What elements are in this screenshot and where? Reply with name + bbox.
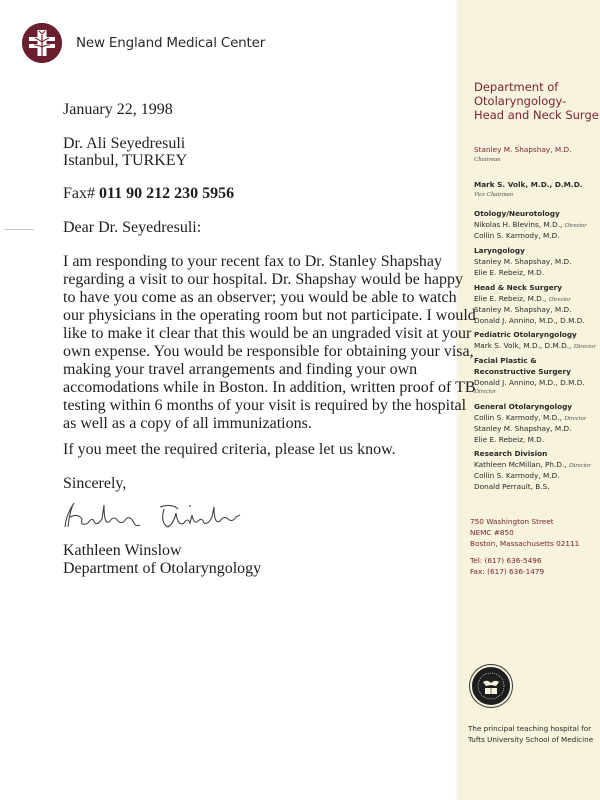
body-line: testing within 6 months of your visit is… [63,396,466,415]
section-research: Research Division [474,448,547,459]
vice-chairman-name: Mark S. Volk, M.D., D.M.D. [474,179,583,190]
margin-mark [4,229,34,230]
body-line: I am responding to your recent fax to Dr… [63,252,442,271]
organization-name: New England Medical Center [76,35,265,51]
fax-line: Fax# 011 90 212 230 5956 [63,184,234,203]
tufts-seal-icon [470,665,512,707]
section-facial-plastic-line2: Reconstructive Surgery [474,366,571,377]
section-pediatric: Pediatric Otolaryngology [474,329,577,340]
nemc-logo-icon [22,23,62,63]
fax-value: 011 90 212 230 5956 [99,185,234,202]
closing-paragraph: If you meet the required criteria, pleas… [63,440,396,459]
tagline: The principal teaching hospital for Tuft… [468,723,593,745]
body-line: our physicians in the operating room but… [63,306,476,325]
signer-name: Kathleen Winslow [63,541,182,560]
section-facial-plastic: Facial Plastic & [474,355,537,366]
body-line: making your travel arrangements and find… [63,360,417,379]
tagline-line: Tufts University School of Medicine [468,734,593,745]
section-head-neck: Head & Neck Surgery [474,282,562,293]
member: Stanley M. Shapshay, M.D. [474,304,571,315]
member: Mark S. Volk, M.D., D.M.D., Director [474,340,596,352]
section-laryngology: Laryngology [474,245,525,256]
body-line: to have you come as an observer; you wou… [63,288,457,307]
address-city: Boston, Massachusetts 02111 [470,538,579,549]
section-general: General Otolaryngology [474,401,572,412]
fax-number: Fax: (617) 636-1479 [470,566,544,577]
member: Donald J. Annino, M.D., D.M.D. [474,315,585,326]
member: Elie E. Rebeiz, M.D. [474,267,544,278]
member-role: Director [474,388,496,395]
body-line: accomodations while in Boston. In additi… [63,378,476,397]
body-line: regarding a visit to our hospital. Dr. S… [63,270,463,289]
vice-chairman-role: Vice Chairman [474,191,513,198]
letter-page: New England Medical Center Department of… [0,0,600,800]
recipient-location: Istanbul, TURKEY [63,151,187,170]
closing: Sincerely, [63,474,126,493]
member: Stanley M. Shapshay, M.D. [474,256,571,267]
address-suite: NEMC #850 [470,527,514,538]
fax-label: Fax# [63,185,99,202]
chairman-role: Chairman [474,156,500,163]
letter-date: January 22, 1998 [63,100,173,119]
member: Stanley M. Shapshay, M.D. [474,423,571,434]
department-line: Department of [474,80,600,94]
member: Donald Perrault, B.S. [474,481,550,492]
salutation: Dear Dr. Seyedresuli: [63,218,201,237]
department-line: Head and Neck Surgery [474,108,600,122]
address-street: 750 Washington Street [470,516,554,527]
body-line: as well as a copy of all immunizations. [63,414,312,433]
telephone: Tel: (617) 636-5496 [470,555,542,566]
department-line: Otolaryngology- [474,94,600,108]
body-line: like to make it clear that this would be… [63,324,471,343]
member: Collin S. Karmody, M.D. [474,470,560,481]
body-line: own expense. You would be responsible fo… [63,342,474,361]
member: Donald J. Annino, M.D., D.M.D. [474,377,585,388]
member: Collin S. Karmody, M.D. [474,230,560,241]
department-title: Department of Otolaryngology- Head and N… [474,80,600,122]
chairman-name: Stanley M. Shapshay, M.D. [474,144,571,155]
signer-department: Department of Otolaryngology [63,559,261,578]
handwritten-signature [60,497,260,537]
section-otology: Otology/Neurotology [474,208,560,219]
tagline-line: The principal teaching hospital for [468,723,593,734]
member: Elie E. Rebeiz, M.D. [474,434,544,445]
